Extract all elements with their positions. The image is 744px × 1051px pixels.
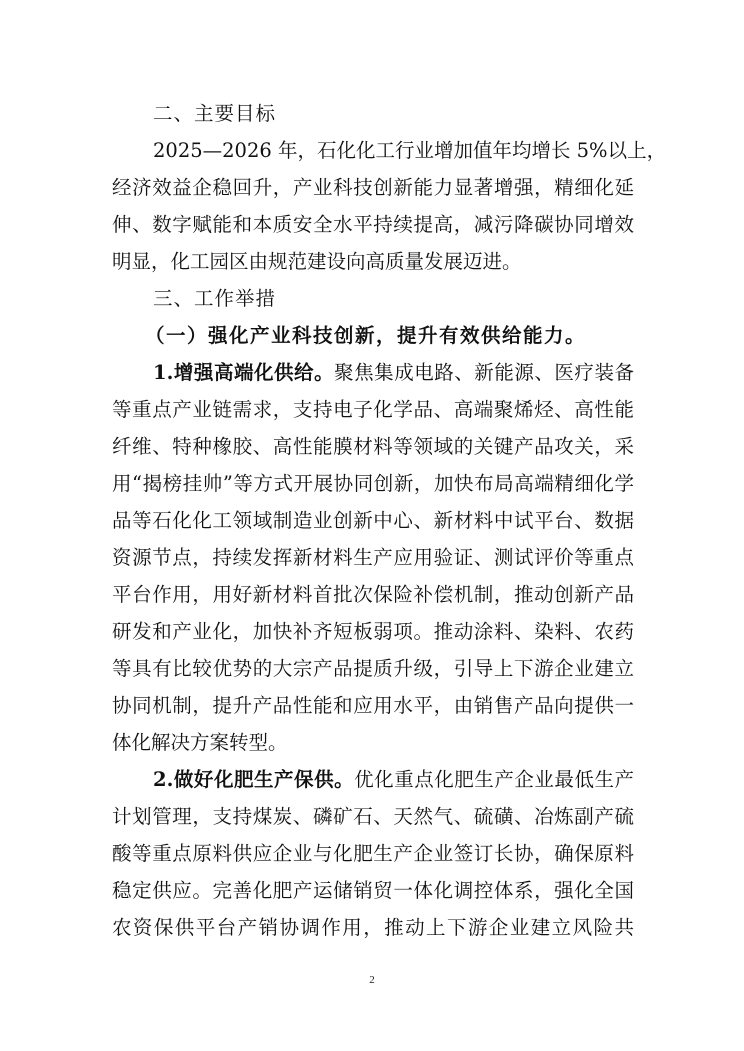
item-first-line-text: 优化重点化肥生产企业最低生产 bbox=[354, 768, 634, 791]
document-page: 二、主要目标 2025—2026 年，石化化工行业增加值年均增长 5%以上， 经… bbox=[0, 0, 744, 1051]
paragraph-line: 平台作用，用好新材料首批次保险补偿机制，推动创新产品 bbox=[112, 576, 634, 613]
paragraph-line: 计划管理，支持煤炭、磷矿石、天然气、硫磺、冶炼副产硫 bbox=[112, 798, 634, 835]
paragraph-line: 经济效益企稳回升，产业科技创新能力显著增强，精细化延 bbox=[112, 169, 634, 206]
paragraph-line: 伸、数字赋能和本质安全水平持续提高，减污降碳协同增效 bbox=[112, 206, 634, 243]
section-heading-goals: 二、主要目标 bbox=[153, 95, 634, 132]
page-number: 2 bbox=[0, 974, 744, 986]
paragraph-line: 明显，化工园区由规范建设向高质量发展迈进。 bbox=[112, 243, 634, 280]
paragraph-line: 用“揭榜挂帅”等方式开展协同创新，加快布局高端精细化学 bbox=[112, 465, 634, 502]
paragraph-line: 农资保供平台产销协调作用，推动上下游企业建立风险共 bbox=[112, 909, 634, 946]
paragraph-line: 资源节点，持续发挥新材料生产应用验证、测试评价等重点 bbox=[112, 539, 634, 576]
item-title-high-end-supply: 1.增强高端化供给。 bbox=[153, 361, 334, 384]
paragraph-line: 等重点产业链需求，支持电子化学品、高端聚烯烃、高性能 bbox=[112, 391, 634, 428]
subsection-heading-innovation: （一）强化产业科技创新，提升有效供给能力。 bbox=[145, 317, 667, 354]
paragraph-line: 纤维、特种橡胶、高性能膜材料等领域的关键产品攻关，采 bbox=[112, 428, 634, 465]
paragraph-line: 等具有比较优势的大宗产品提质升级，引导上下游企业建立 bbox=[112, 650, 634, 687]
paragraph-line: 酸等重点原料供应企业与化肥生产企业签订长协，确保原料 bbox=[112, 835, 634, 872]
paragraph-line: 协同机制，提升产品性能和应用水平，由销售产品向提供一 bbox=[112, 687, 634, 724]
section-heading-measures: 三、工作举措 bbox=[153, 280, 634, 317]
item-first-line: 2.做好化肥生产保供。优化重点化肥生产企业最低生产 bbox=[153, 761, 634, 798]
paragraph-line: 2025—2026 年，石化化工行业增加值年均增长 5%以上， bbox=[153, 132, 634, 169]
item-first-line-text: 聚焦集成电路、新能源、医疗装备 bbox=[334, 361, 634, 384]
item-first-line: 1.增强高端化供给。聚焦集成电路、新能源、医疗装备 bbox=[153, 354, 634, 391]
paragraph-line: 稳定供应。完善化肥产运储销贸一体化调控体系，强化全国 bbox=[112, 872, 634, 909]
item-title-fertilizer-supply: 2.做好化肥生产保供。 bbox=[153, 768, 354, 791]
paragraph-line: 研发和产业化，加快补齐短板弱项。推动涂料、染料、农药 bbox=[112, 613, 634, 650]
paragraph-line: 体化解决方案转型。 bbox=[112, 724, 634, 761]
paragraph-line: 品等石化化工领域制造业创新中心、新材料中试平台、数据 bbox=[112, 502, 634, 539]
